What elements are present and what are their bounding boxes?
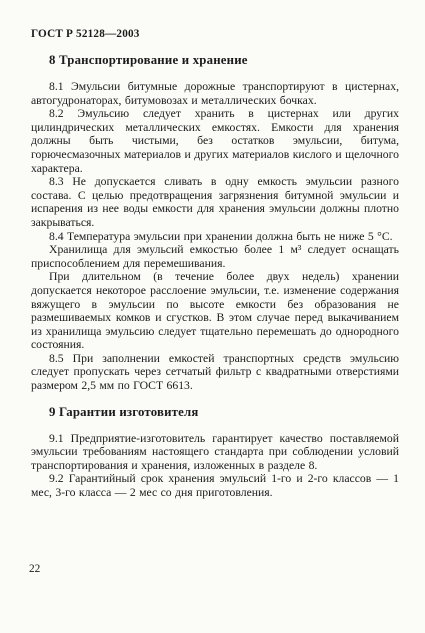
section-8-heading: 8 Транспортирование и хранение	[31, 53, 399, 67]
section-9-heading: 9 Гарантии изготовителя	[31, 405, 399, 419]
paragraph-8-1: 8.1 Эмульсии битумные дорожные транспорт…	[31, 80, 399, 107]
section-transport-storage: 8 Транспортирование и хранение 8.1 Эмуль…	[31, 53, 399, 393]
paragraph-8-4: 8.4 Температура эмульсии при хранении до…	[31, 230, 399, 244]
paragraph-8-3: 8.3 Не допускается сливать в одну емкост…	[31, 175, 399, 229]
document-page: ГОСТ Р 52128—2003 8 Транспортирование и …	[0, 0, 425, 633]
paragraph-storage-tanks: Хранилища для эмульсий емкостью более 1 …	[31, 243, 399, 270]
page-number: 22	[29, 563, 40, 575]
paragraph-9-1: 9.1 Предприятие-изготовитель гарантирует…	[31, 432, 399, 473]
paragraph-long-storage: При длительном (в течение более двух нед…	[31, 270, 399, 352]
paragraph-8-2: 8.2 Эмульсию следует хранить в цистернах…	[31, 107, 399, 175]
section-manufacturer-warranty: 9 Гарантии изготовителя 9.1 Предприятие-…	[31, 405, 399, 500]
paragraph-8-5: 8.5 При заполнении емкостей транспортных…	[31, 352, 399, 393]
paragraph-9-2: 9.2 Гарантийный срок хранения эмульсий 1…	[31, 472, 399, 499]
running-header: ГОСТ Р 52128—2003	[31, 28, 399, 41]
